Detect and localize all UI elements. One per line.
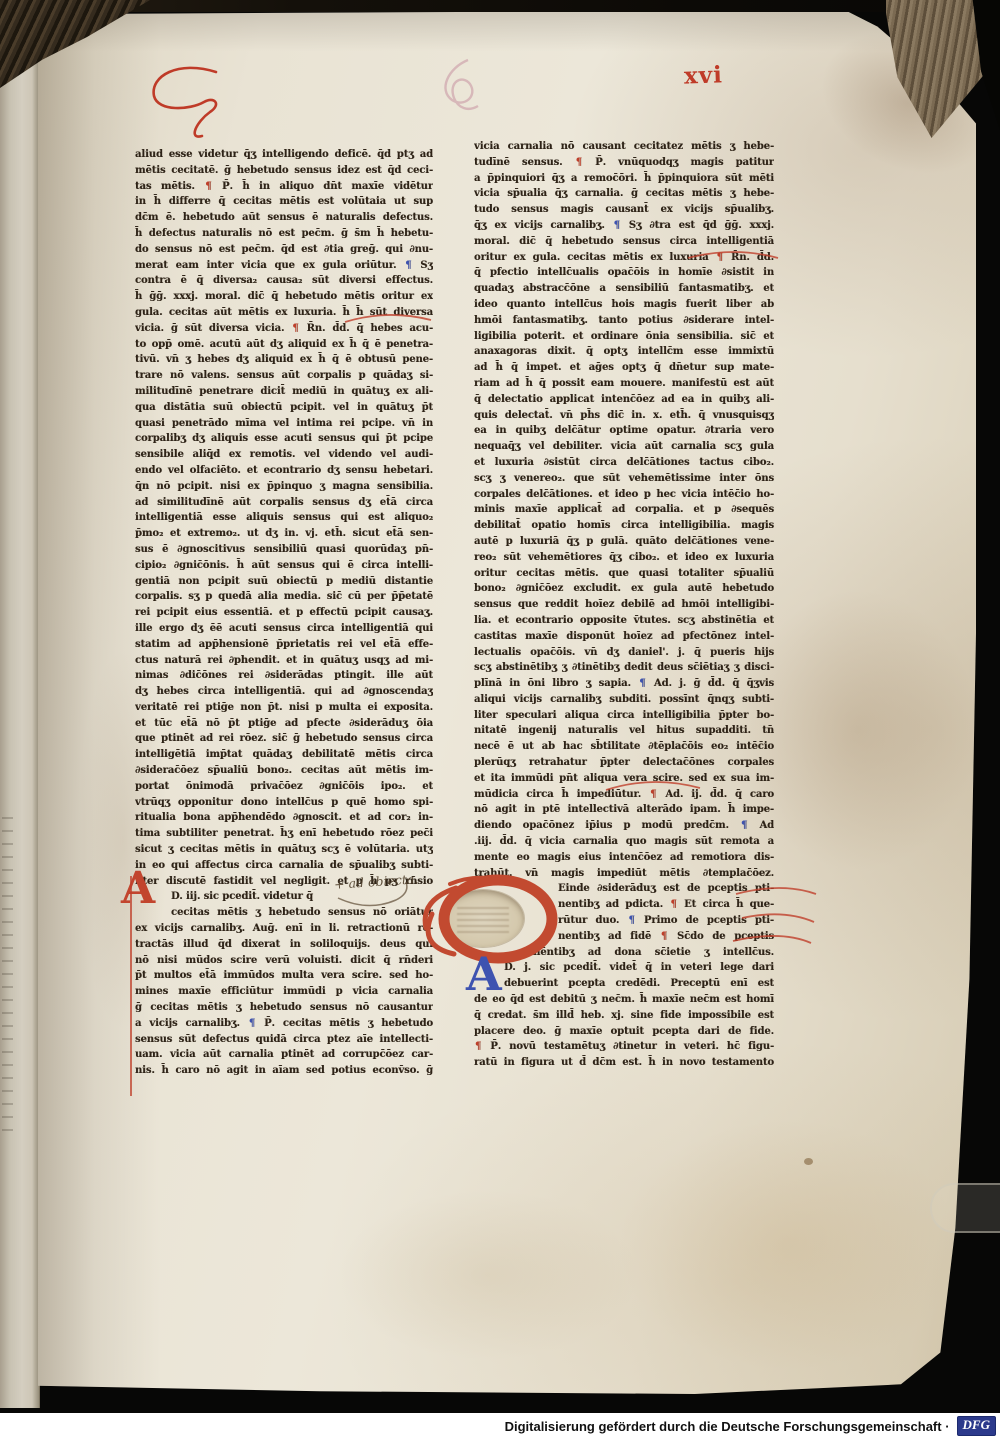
footer-text: Digitalisierung gefördert durch die Deut… bbox=[505, 1419, 950, 1434]
dfg-footer: Digitalisierung gefördert durch die Deut… bbox=[0, 1413, 1000, 1439]
text-line: tractās illud q̄d dixerat in soliloquijs… bbox=[135, 937, 433, 953]
text-line: ille ergo dʒ ēē acuti sensus circa intel… bbox=[135, 621, 433, 637]
pilcrow-mark: ¶ bbox=[575, 157, 583, 168]
text-line: mūdicia circa h̄ impediūtur. ¶ Ad. ij. d… bbox=[474, 787, 774, 803]
top-book-edge bbox=[0, 0, 1000, 12]
text-line: ∂siderac̄ōez sp̄ualiū bono₂. cecitas aūt… bbox=[135, 763, 433, 779]
pilcrow-mark: ¶ bbox=[669, 899, 677, 910]
text-line: plerūqʒ retrahatur p̄pter delectac̄ōnes … bbox=[474, 755, 774, 771]
text-line: et ita immūdi pn̄t aliqua vera scire. se… bbox=[474, 771, 774, 787]
pilcrow-mark: ¶ bbox=[716, 252, 724, 263]
text-line: intelligētiā imp̄tat quādaʒ debilitatē m… bbox=[135, 747, 433, 763]
text-line: uam. vicia aūt carnalia ptinēt ad corrup… bbox=[135, 1047, 433, 1063]
text-line: tivū. vn̄ ʒ hebes dʒ aliquid ex h̄ q̄ ē … bbox=[135, 352, 433, 368]
text-line: vicia. ḡ sūt diversa vicia. ¶ R̄n. d̄d. … bbox=[135, 321, 433, 337]
text-line: sus ē ∂gnoscitivus sensibiliū quasi quor… bbox=[135, 542, 433, 558]
folio-number: xvi bbox=[684, 61, 724, 89]
text-line: aliud esse videtur q̄ʒ intelligendo defi… bbox=[135, 147, 433, 163]
text-line: sensus que reddit hoīez debilē ad hmōi i… bbox=[474, 597, 774, 613]
text-line: corpales delc̄ātiones. et ideo p hec vic… bbox=[474, 487, 774, 503]
pilcrow-mark: ¶ bbox=[649, 789, 657, 800]
pilcrow-mark: ¶ bbox=[474, 1041, 482, 1052]
text-line: a p̄pinquiori q̄ʒ a remoc̄ōri. h̄ p̄pinq… bbox=[474, 171, 774, 187]
text-line: oritur cecitas mētis. que quasi totalite… bbox=[474, 566, 774, 582]
stain bbox=[804, 1158, 813, 1165]
text-line: in h̄ differre q̄ cecitas mētis est volū… bbox=[135, 194, 433, 210]
text-line: rei pcipit eius essentiā. et p effectū p… bbox=[135, 605, 433, 621]
text-line: vicia sp̄ualia q̄ʒ carnalia. ḡ cecitas m… bbox=[474, 186, 774, 202]
manuscript-scan: xvi aliud esse videtur q̄ʒ intelligendo … bbox=[0, 0, 1000, 1439]
text-line: mētis cecitatē. ḡ hebetudo sensus idez e… bbox=[135, 163, 433, 179]
page-holder-clip bbox=[930, 1183, 1000, 1233]
text-line: et luxuria ∂sistūt circa delc̄ātiones ta… bbox=[474, 455, 774, 471]
parchment-page: xvi aliud esse videtur q̄ʒ intelligendo … bbox=[38, 10, 976, 1394]
margin-rule-red bbox=[130, 876, 132, 1096]
text-line: nequaq̄ʒ vel debiliter. vicia aūt carnal… bbox=[474, 439, 774, 455]
text-line: corpalis. sʒ p quedā alia media. sic̄ cū… bbox=[135, 589, 433, 605]
text-line: minis maxīe applicat̄ ad corpalia. et p … bbox=[474, 502, 774, 518]
text-line: nitatē ingenij naturalis vel hitus supad… bbox=[474, 723, 774, 739]
text-line: contra ē q̄ diversa₂ causa₂ sūt diversi … bbox=[135, 273, 433, 289]
text-line: p̄mo₂ et extremo₂. ut dʒ in. vj. eth̄. s… bbox=[135, 526, 433, 542]
text-line: ad similitudīnē aūt corpalis sensus dʒ e… bbox=[135, 495, 433, 511]
text-line: D. j. sic pcedit̄. videt̄ q̄ in veteri l… bbox=[474, 960, 774, 976]
text-line: placere deo. ḡ maxīe optuit pcepta dari … bbox=[474, 1024, 774, 1040]
stain bbox=[738, 590, 978, 870]
text-line: tas mētis. ¶ P̄. h̄ in aliquo dn̄t maxīe… bbox=[135, 179, 433, 195]
show-through-text bbox=[457, 903, 509, 935]
text-line: h̄ defectus naturalis nō est pec̄m. ḡ s̄… bbox=[135, 226, 433, 242]
text-line: mines maxīe efficiūtur immūdi p vicia ca… bbox=[135, 984, 433, 1000]
text-line: plīnā in ōni libro ʒ sapia. ¶ Ad. j. ḡ d… bbox=[474, 676, 774, 692]
text-line: ḡ cecitas mētis ʒ hebetudo sensus nō cau… bbox=[135, 1000, 433, 1016]
text-line: qua distātia suū obiectū pcipit. vel in … bbox=[135, 400, 433, 416]
pilcrow-mark: ¶ bbox=[660, 931, 668, 942]
text-line: gentiā non pcipit suū obiectū p mediū di… bbox=[135, 574, 433, 590]
text-line: merat eam inter vicia que ex gula oriūtu… bbox=[135, 258, 433, 274]
text-line: mente eo magis eius intenc̄ōez ad remoti… bbox=[474, 850, 774, 866]
text-line: portat ōnimodā privac̄ōez ∂gnic̄ōis ipo₂… bbox=[135, 779, 433, 795]
text-line: militudīnē penetrare dicit̄ mediū in quā… bbox=[135, 384, 433, 400]
text-line: nō nisi mūdos scire verū voluisti. dicit… bbox=[135, 953, 433, 969]
text-line: to opp̄ omē. acutū aūt dʒ aliquid ex h̄ … bbox=[135, 337, 433, 353]
text-line: ratū in figura ut d̄ dc̄m est. h̄ in nov… bbox=[474, 1055, 774, 1071]
lombard-initial-a-blue: A bbox=[466, 951, 502, 997]
text-line: statim ad app̄hensionē p̄prietatis rei v… bbox=[135, 637, 433, 653]
text-line: ea in quibʒ delc̄ātur optime opatur. ∂tr… bbox=[474, 423, 774, 439]
text-line: ptinēntibʒ ad dona sc̄ietie ʒ intellc̄us… bbox=[474, 945, 774, 961]
text-line: debuerint pcepta credēdi. Preceptū enī e… bbox=[474, 976, 774, 992]
text-line: dc̄m ē. hebetudo aūt sensus ē naturalis … bbox=[135, 210, 433, 226]
text-line: tudīnē sensus. ¶ P̄. vnūquodqʒ magis pat… bbox=[474, 155, 774, 171]
insertion-caret: + bbox=[334, 876, 346, 892]
text-line: trare nō valens. sensus aūt corpalis p q… bbox=[135, 368, 433, 384]
pilcrow-mark: ¶ bbox=[248, 1018, 256, 1029]
text-line: trahūt. vn̄ magis impediūt mētis ∂templa… bbox=[474, 866, 774, 882]
text-line: necē ē ut ab hac sb̄tilitate ∂tēplac̄ōis… bbox=[474, 739, 774, 755]
text-line: h̄ ḡḡ. xxxj. moral. dic̄ q̄ hebetudo mēt… bbox=[135, 289, 433, 305]
facing-page-edge bbox=[0, 4, 40, 1408]
pilcrow-mark: ¶ bbox=[404, 260, 412, 271]
pilcrow-mark: ¶ bbox=[613, 220, 621, 231]
text-line: q̄n nō pcipit. nisi ex p̄pinquo ʒ magna … bbox=[135, 479, 433, 495]
text-line: anaxagoras dixit. q̄ optʒ intellc̄m esse… bbox=[474, 344, 774, 360]
text-line: nis. h̄ caro nō agit in aīam sed potius … bbox=[135, 1063, 433, 1079]
text-line: Einde ∂siderāduʒ est de pceptis pti- bbox=[474, 881, 774, 897]
text-line: de eo q̄d est debitū ʒ nec̄m. h̄ maxīe n… bbox=[474, 992, 774, 1008]
text-line: q̄ pfectio intellc̄ualis opac̄ōis in hom… bbox=[474, 265, 774, 281]
parchment-hole bbox=[442, 890, 524, 947]
adjacent-page-text-edge bbox=[2, 810, 13, 1140]
text-line: bono₂ ∂gnic̄ōez excludit. ex gula autē h… bbox=[474, 581, 774, 597]
text-line: lia. et econtrario opposite v̄tutes. scʒ… bbox=[474, 613, 774, 629]
text-column-left: aliud esse videtur q̄ʒ intelligendo defi… bbox=[135, 147, 433, 1079]
text-line: reo₂ sūt vehemētiores q̄ʒ cibo₂. et ideo… bbox=[474, 550, 774, 566]
text-line: scʒ abstinētibʒ ʒ ∂tinētibʒ dedit deus s… bbox=[474, 660, 774, 676]
text-line: cecitas mētis ʒ hebetudo sensus nō oriāt… bbox=[135, 905, 433, 921]
text-line: q̄ delectatio applicat intenc̄ōez ad ea … bbox=[474, 392, 774, 408]
photo-background: xvi aliud esse videtur q̄ʒ intelligendo … bbox=[0, 0, 1000, 1413]
text-line: sensibile aliq̄d ex remotis. vel videndo… bbox=[135, 447, 433, 463]
text-line: diendo opac̄ōnez ip̄ius p modū predc̄m. … bbox=[474, 818, 774, 834]
stain bbox=[618, 1120, 958, 1370]
text-line: lectualis opac̄ōis. vn̄ dʒ daniel'. j. q… bbox=[474, 645, 774, 661]
text-line: ad h̄ q̄ impet. et aḡes optʒ q̄ dn̄etur … bbox=[474, 360, 774, 376]
text-line: gula. cecitas aūt mētis ex luxuria. h̄ h… bbox=[135, 305, 433, 321]
text-line: nō agit in ptē intellectivā alterādo ipa… bbox=[474, 802, 774, 818]
text-line: endo vel olfaciēto. et econtrario dʒ sen… bbox=[135, 463, 433, 479]
lombard-initial-a-red: A bbox=[121, 867, 155, 911]
text-line: liter speculari aliqua circa intelligibi… bbox=[474, 708, 774, 724]
text-line: ideo quanto intellc̄us hois magis fuerit… bbox=[474, 297, 774, 313]
stain bbox=[338, 1190, 638, 1360]
text-line: p̄t multos et̄ā immūdos multa vera scire… bbox=[135, 968, 433, 984]
text-line: quasi penetrādo mīma vel intima rei pcip… bbox=[135, 416, 433, 432]
text-line: sicut ʒ cecitas mētis in quātuʒ scʒ ē vo… bbox=[135, 842, 433, 858]
text-line: quis delectat̄. vn̄ ph̄s dic̄ in. x. eth… bbox=[474, 408, 774, 424]
text-line: ritualia bona app̄hendēdo ∂gnoscit. et a… bbox=[135, 810, 433, 826]
pilcrow-mark: ¶ bbox=[291, 323, 299, 334]
text-line: scʒ ʒ venereo₂. que sūt vehemētissime in… bbox=[474, 471, 774, 487]
text-line: ligibilia poterit. et ordinare ōnia sens… bbox=[474, 329, 774, 345]
text-line: do sensus nō est pec̄m. q̄d est ∂tia gre… bbox=[135, 242, 433, 258]
text-line: ex vicijs carnalibʒ. Auḡ. enī in li. ret… bbox=[135, 921, 433, 937]
pilcrow-mark: ¶ bbox=[204, 181, 212, 192]
text-line: tima subtiliter penetrat. h̄ʒ enī hebetu… bbox=[135, 826, 433, 842]
dfg-logo: DFG bbox=[957, 1416, 996, 1436]
faint-ink-doodle bbox=[408, 48, 498, 128]
text-line: .iij. d̄d. q̄ vicia carnalia quo magis s… bbox=[474, 834, 774, 850]
text-line: a vicijs carnalibʒ. ¶ P̄. cecitas mētis … bbox=[135, 1016, 433, 1032]
text-line: D. iij. sic pcedit̄. videtur q̄ bbox=[135, 889, 433, 905]
text-line: q̄ credat. s̄m illd̄ heb. xj. sine fide … bbox=[474, 1008, 774, 1024]
pilcrow-mark: ¶ bbox=[740, 820, 748, 831]
penwork-mark bbox=[138, 58, 268, 158]
text-line: et tūc et̄ā nō p̄t ptiḡe ad pfecte ∂side… bbox=[135, 716, 433, 732]
text-line: moral. dic̄ q̄ hebetudo sensus circa int… bbox=[474, 234, 774, 250]
text-line: corpalibʒ dʒ aliquis esse acuti sensus q… bbox=[135, 431, 433, 447]
text-line: intelligentiā esse aliquis sensus qui es… bbox=[135, 510, 433, 526]
text-line: riam ad h̄ q̄ possit eam mouere. manifes… bbox=[474, 376, 774, 392]
text-line: cipio₂ ∂gnic̄ōnis. h̄ aūt sensus qui ē c… bbox=[135, 558, 433, 574]
text-line: ctus naturā rei ∂phendit. et in quātuʒ u… bbox=[135, 653, 433, 669]
text-line: in eo qui affectus circa carnalia de sp̄… bbox=[135, 858, 433, 874]
text-line: aliqui vicijs carnalibʒ subditi. possīnt… bbox=[474, 692, 774, 708]
text-line: dʒ hebes circa intelligentiā. qui ad ∂gn… bbox=[135, 684, 433, 700]
text-line: que ptinēt ad rei rōez. sic̄ ḡ hebetudo … bbox=[135, 731, 433, 747]
text-line: sensus sūt defectus quidā circa ptez aīe… bbox=[135, 1032, 433, 1048]
text-line: nimas ∂dic̄ōnes rei ∂siderādas ptingit. … bbox=[135, 668, 433, 684]
text-line: ¶ P̄. novū testamētuʒ ∂tinetur in veteri… bbox=[474, 1039, 774, 1055]
text-line: debilitat̄ opatio homīs circa intelligib… bbox=[474, 518, 774, 534]
text-line: tudo sensus magis causant̄ ex vicijs sp̄… bbox=[474, 202, 774, 218]
pilcrow-mark: ¶ bbox=[627, 915, 635, 926]
text-line: quadaʒ abstracc̄ōne a sensibiliū fantasm… bbox=[474, 281, 774, 297]
text-line: autē p luxuriā q̄ʒ p gulā. quāto delc̄āt… bbox=[474, 534, 774, 550]
text-line: vtrūqʒ opponitur dono intellc̄us p quē h… bbox=[135, 795, 433, 811]
text-line: vicia carnalia nō causant cecitatez mēti… bbox=[474, 139, 774, 155]
text-line: veritatē rei ptiḡe non p̄t. nisi p multa… bbox=[135, 700, 433, 716]
text-line: q̄ʒ ex vicijs carnalibʒ. ¶ Sʒ ∂tra est q… bbox=[474, 218, 774, 234]
text-line: oritur ex gula. cecitas mētis ex luxuria… bbox=[474, 250, 774, 266]
pilcrow-mark: ¶ bbox=[638, 678, 646, 689]
text-line: castitas maxīe disponūt hoīez ad pfectōn… bbox=[474, 629, 774, 645]
text-line: hmōi fantasmatibʒ. tanto potius ∂siderar… bbox=[474, 313, 774, 329]
